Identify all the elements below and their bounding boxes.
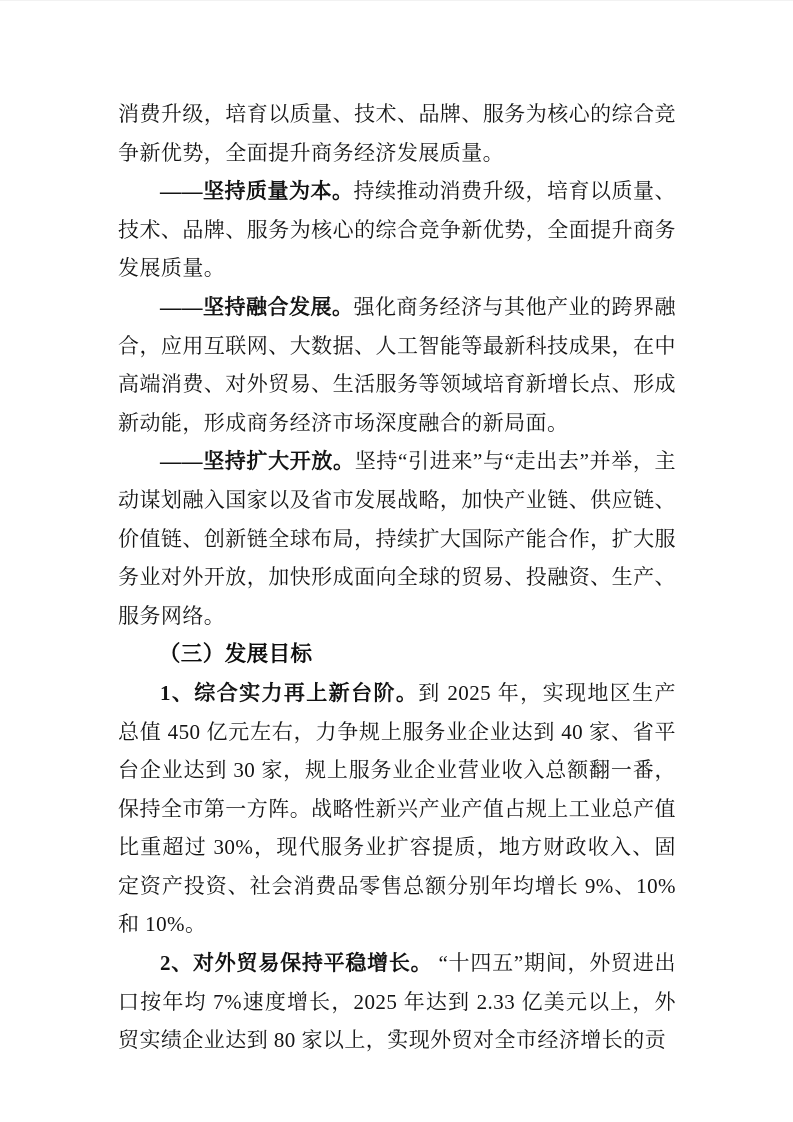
document-page: 消费升级，培育以质量、技术、品牌、服务为核心的综合竞争新优势，全面提升商务经济发…	[0, 0, 793, 1122]
paragraph-lead: 1、综合实力再上新台阶。	[160, 681, 418, 705]
paragraph-lead: ——坚持质量为本。	[160, 179, 353, 203]
paragraph-principle-expand-opening: ——坚持扩大开放。坚持“引进来”与“走出去”并举，主动谋划融入国家以及省市发展战…	[118, 442, 676, 635]
paragraph-lead: ——坚持扩大开放。	[160, 449, 355, 473]
paragraph-principle-quality-first: ——坚持质量为本。持续推动消费升级，培育以质量、技术、品牌、服务为核心的综合竞争…	[118, 172, 676, 288]
paragraph-goal-comprehensive-strength: 1、综合实力再上新台阶。到 2025 年，实现地区生产总值 450 亿元左右，力…	[118, 674, 676, 944]
paragraph-consumption-upgrade-continuation: 消费升级，培育以质量、技术、品牌、服务为核心的综合竞争新优势，全面提升商务经济发…	[118, 95, 676, 172]
document-body: 消费升级，培育以质量、技术、品牌、服务为核心的综合竞争新优势，全面提升商务经济发…	[118, 95, 676, 1060]
paragraph-text: 坚持“引进来”与“走出去”并举，主动谋划融入国家以及省市发展战略，加快产业链、供…	[118, 449, 676, 627]
paragraph-principle-integrated-development: ——坚持融合发展。强化商务经济与其他产业的跨界融合，应用互联网、大数据、人工智能…	[118, 288, 676, 442]
paragraph-text: 消费升级，培育以质量、技术、品牌、服务为核心的综合竞争新优势，全面提升商务经济发…	[118, 102, 676, 165]
page-number: 7	[0, 1025, 793, 1045]
paragraph-lead: ——坚持融合发展。	[160, 295, 353, 319]
section-heading-development-goals: （三）发展目标	[118, 635, 676, 674]
paragraph-text: 到 2025 年，实现地区生产总值 450 亿元左右，力争规上服务业企业达到 4…	[118, 681, 676, 937]
paragraph-lead: 2、对外贸易保持平稳增长。	[160, 951, 432, 975]
